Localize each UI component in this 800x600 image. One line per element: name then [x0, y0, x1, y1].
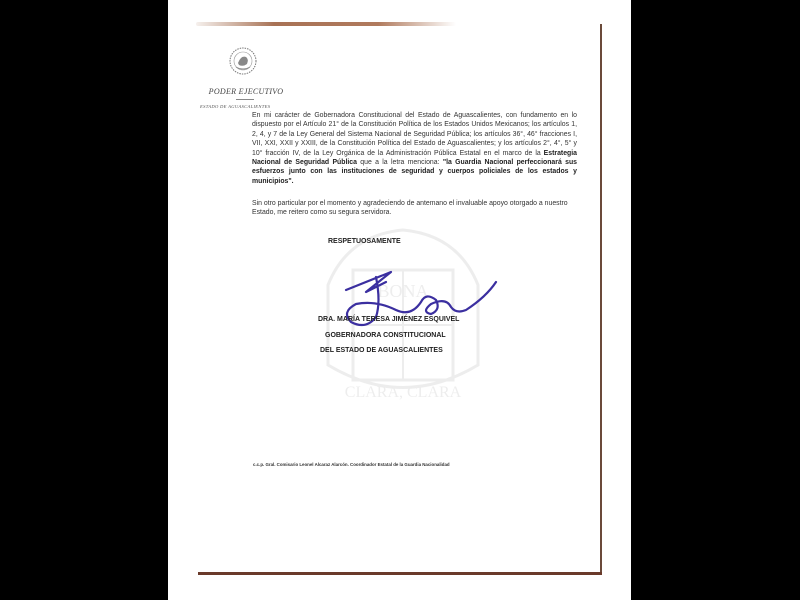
svg-text:CLARA, CLARA: CLARA, CLARA: [345, 384, 462, 401]
signatory-state: DEL ESTADO DE AGUASCALIENTES: [320, 347, 443, 354]
carbon-copy-note: c.c.p. Gral. Comisario Leonel Alcaraz Al…: [253, 462, 450, 467]
office-title: PODER EJECUTIVO: [206, 87, 286, 96]
state-title: ESTADO DE AGUASCALIENTES: [200, 104, 270, 109]
main-paragraph: En mi carácter de Gobernadora Constituci…: [252, 111, 577, 186]
letterhead-divider: [236, 99, 254, 100]
bottom-border-rule: [198, 572, 602, 575]
document-page: PODER EJECUTIVO ESTADO DE AGUASCALIENTES…: [168, 0, 631, 600]
closing-paragraph: Sin otro particular por el momento y agr…: [252, 199, 577, 218]
closing-salutation: RESPETUOSAMENTE: [328, 238, 401, 245]
brush-stroke-decoration: [196, 22, 456, 26]
mexican-coat-of-arms-icon: [228, 46, 258, 76]
signatory-title: GOBERNADORA CONSTITUCIONAL: [325, 332, 446, 339]
right-border-rule: [600, 24, 602, 574]
signatory-name: DRA. MARÍA TERESA JIMÉNEZ ESQUIVEL: [318, 316, 459, 323]
